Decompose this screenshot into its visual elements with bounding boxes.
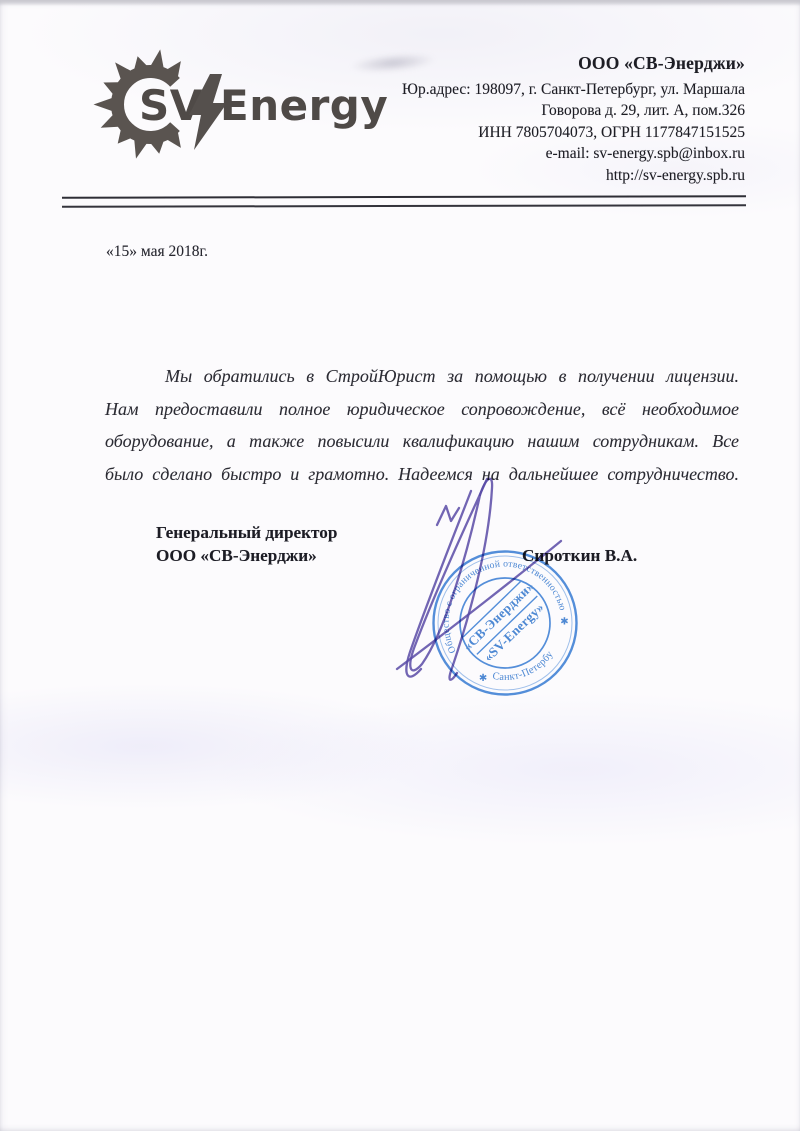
scanned-letter-page: SV Energy ООО «СВ-Энерджи» Юр.адрес: 198… [0, 0, 800, 1131]
address-line-5: http://sv-energy.spb.ru [402, 165, 745, 186]
address-line-4: e-mail: sv-energy.spb@inbox.ru [402, 143, 745, 164]
address-line-3: ИНН 7805704073, ОГРН 1177847151525 [402, 122, 745, 143]
header-rule [62, 195, 746, 207]
body-line: Нам предоставили полное юридическое сопр… [105, 393, 739, 426]
letter-date: «15» мая 2018г. [106, 243, 208, 261]
signatory-title-line1: Генеральный директор [156, 522, 337, 545]
company-header: ООО «СВ-Энерджи» Юр.адрес: 198097, г. Са… [402, 53, 745, 186]
signatory-title: Генеральный директор ООО «СВ-Энерджи» [156, 522, 337, 568]
body-line: оборудование, а также повысили квалифика… [105, 425, 739, 458]
address-line-1: Юр.адрес: 198097, г. Санкт-Петербург, ул… [402, 79, 745, 100]
address-line-2: Говорова д. 29, лит. А, пом.326 [402, 100, 745, 121]
logo-text-energy: Energy [220, 82, 388, 130]
body-line: Мы обратились в СтройЮрист за помощью в … [105, 360, 739, 393]
handwritten-signature [378, 456, 622, 702]
company-name: ООО «СВ-Энерджи» [402, 53, 745, 74]
scan-top-edge [0, 0, 800, 6]
signatory-title-line2: ООО «СВ-Энерджи» [156, 545, 337, 568]
